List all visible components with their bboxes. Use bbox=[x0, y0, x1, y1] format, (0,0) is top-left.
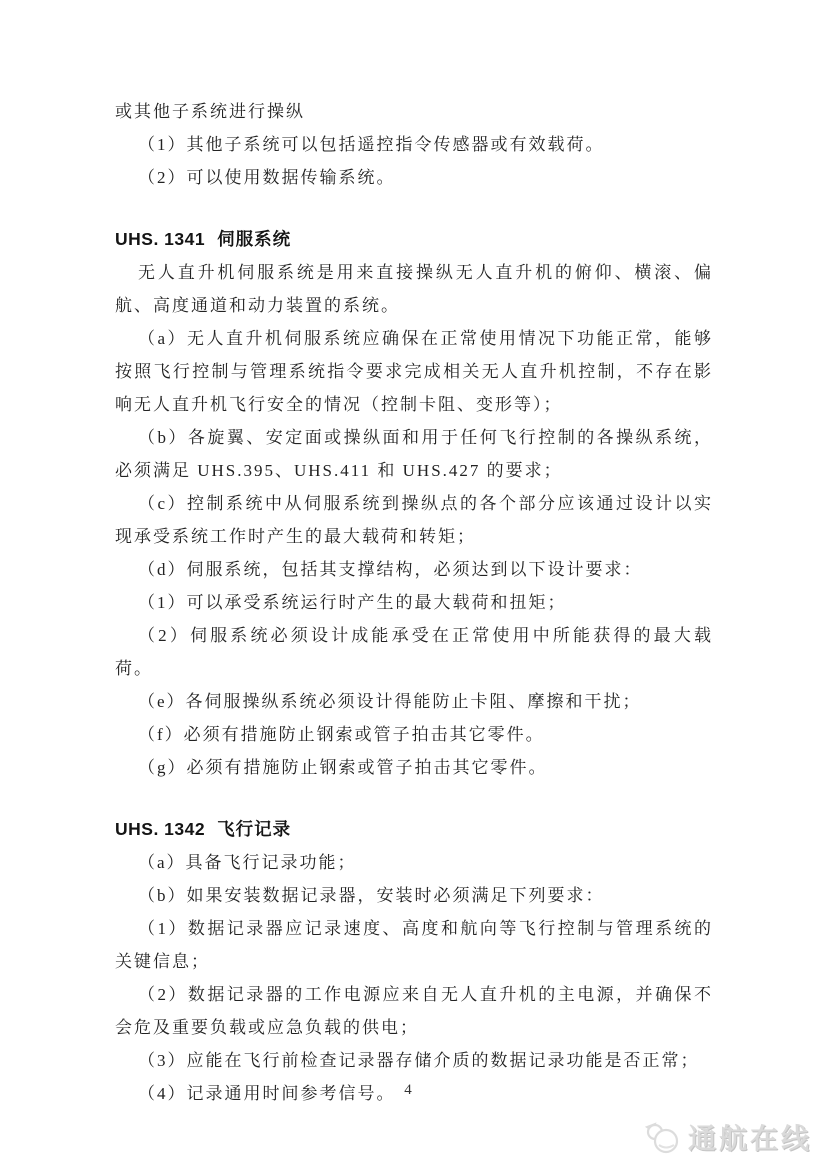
section-code: UHS. 1341 bbox=[115, 229, 205, 249]
paragraph: （d）伺服系统，包括其支撑结构，必须达到以下设计要求： bbox=[115, 553, 713, 586]
paragraph: （b）如果安装数据记录器，安装时必须满足下列要求： bbox=[115, 879, 713, 912]
paragraph: （g）必须有措施防止钢索或管子拍击其它零件。 bbox=[115, 751, 713, 784]
paragraph-continuation: 或其他子系统进行操纵 bbox=[115, 95, 713, 128]
paragraph: （f）必须有措施防止钢索或管子拍击其它零件。 bbox=[115, 718, 713, 751]
list-item: （2）数据记录器的工作电源应来自无人直升机的主电源，并确保不会危及重要负载或应急… bbox=[115, 978, 713, 1044]
document-body: 或其他子系统进行操纵 （1）其他子系统可以包括遥控指令传感器或有效载荷。 （2）… bbox=[115, 95, 713, 1110]
watermark-text: 通航在线 bbox=[688, 1117, 812, 1157]
list-item: （3）应能在飞行前检查记录器存储介质的数据记录功能是否正常； bbox=[115, 1044, 713, 1077]
paragraph: 无人直升机伺服系统是用来直接操纵无人直升机的俯仰、横滚、偏航、高度通道和动力装置… bbox=[115, 256, 713, 322]
paragraph: （a）具备飞行记录功能； bbox=[115, 846, 713, 879]
paragraph: （a）无人直升机伺服系统应确保在正常使用情况下功能正常，能够按照飞行控制与管理系… bbox=[115, 322, 713, 421]
section-title: 伺服系统 bbox=[217, 229, 291, 249]
section-title: 飞行记录 bbox=[217, 819, 291, 839]
document-page: 或其他子系统进行操纵 （1）其他子系统可以包括遥控指令传感器或有效载荷。 （2）… bbox=[0, 0, 826, 1169]
watermark: 通航在线 bbox=[641, 1117, 812, 1157]
tonghang-logo-icon bbox=[641, 1119, 683, 1155]
paragraph: （e）各伺服操纵系统必须设计得能防止卡阻、摩擦和干扰； bbox=[115, 685, 713, 718]
list-item: （1）可以承受系统运行时产生的最大载荷和扭矩； bbox=[115, 586, 713, 619]
section-code: UHS. 1342 bbox=[115, 819, 205, 839]
list-item: （2）伺服系统必须设计成能承受在正常使用中所能获得的最大载荷。 bbox=[115, 619, 713, 685]
list-item: （1）数据记录器应记录速度、高度和航向等飞行控制与管理系统的关键信息； bbox=[115, 912, 713, 978]
paragraph: （b）各旋翼、安定面或操纵面和用于任何飞行控制的各操纵系统，必须满足 UHS.3… bbox=[115, 421, 713, 487]
list-item: （2）可以使用数据传输系统。 bbox=[115, 161, 713, 194]
list-item: （1）其他子系统可以包括遥控指令传感器或有效载荷。 bbox=[115, 128, 713, 161]
section-heading-uhs-1342: UHS. 1342飞行记录 bbox=[115, 813, 713, 846]
page-number: 4 bbox=[0, 1080, 816, 1100]
section-heading-uhs-1341: UHS. 1341伺服系统 bbox=[115, 223, 713, 256]
paragraph: （c）控制系统中从伺服系统到操纵点的各个部分应该通过设计以实现承受系统工作时产生… bbox=[115, 487, 713, 553]
